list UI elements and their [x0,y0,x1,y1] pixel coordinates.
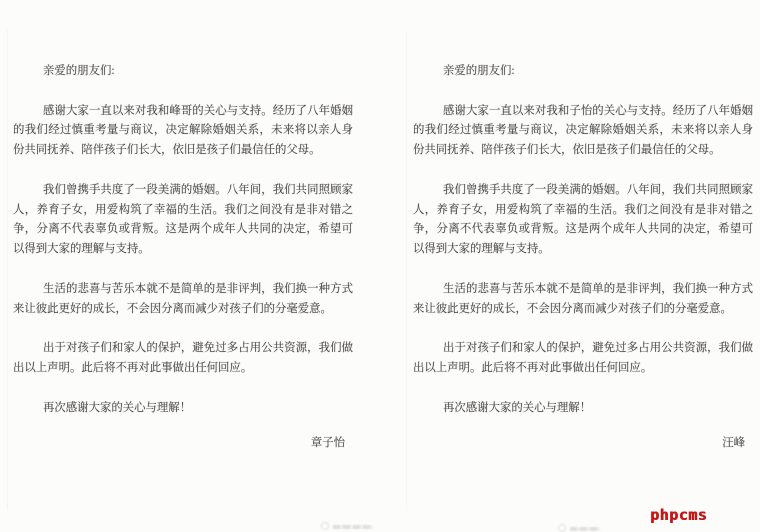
stamp-logo-icon [321,522,329,530]
signature-wang-feng: 汪峰 [413,434,753,454]
phpcms-watermark: phpcms [650,506,707,524]
stamp-text-smudge [333,525,373,529]
faint-weibo-stamp-right [558,523,600,532]
letter-paragraph: 我们曾携手共度了一段美满的婚姻。八年间，我们共同照顾家人，养育子女，用爱构筑了幸… [413,181,753,260]
stamp-logo-icon [558,524,566,532]
letter-paragraph: 生活的悲喜与苦乐本就不是简单的是非评判，我们换一种方式来让彼此更好的成长，不会因… [13,280,353,320]
left-letter-photo-edge [7,30,8,510]
stamp-text-smudge [570,527,600,531]
letter-zhang-ziyi: 亲爱的朋友们: 感谢大家一直以来对我和峰哥的关心与支持。经历了八年婚姻的我们经过… [13,62,353,454]
salutation: 亲爱的朋友们: [413,62,753,82]
signature-zhang-ziyi: 章子怡 [13,434,353,454]
divorce-statements-image: 亲爱的朋友们: 感谢大家一直以来对我和峰哥的关心与支持。经历了八年婚姻的我们经过… [0,0,760,532]
letter-paragraph: 感谢大家一直以来对我和子怡的关心与支持。经历了八年婚姻的我们经过慎重考量与商议，… [413,102,753,161]
letter-wang-feng: 亲爱的朋友们: 感谢大家一直以来对我和子怡的关心与支持。经历了八年婚姻的我们经过… [413,62,753,454]
letter-closing: 再次感谢大家的关心与理解！ [13,399,353,419]
faint-weibo-stamp-left [321,521,373,532]
letter-paragraph: 感谢大家一直以来对我和峰哥的关心与支持。经历了八年婚姻的我们经过慎重考量与商议，… [13,102,353,161]
letter-paragraph: 出于对孩子们和家人的保护，避免过多占用公共资源，我们做出以上声明。此后将不再对此… [413,339,753,379]
letter-paragraph: 出于对孩子们和家人的保护，避免过多占用公共资源，我们做出以上声明。此后将不再对此… [13,339,353,379]
salutation: 亲爱的朋友们: [13,62,353,82]
letter-paragraph: 我们曾携手共度了一段美满的婚姻。八年间，我们共同照顾家人，养育子女，用爱构筑了幸… [13,181,353,260]
letter-paragraph: 生活的悲喜与苦乐本就不是简单的是非评判，我们换一种方式来让彼此更好的成长，不会因… [413,280,753,320]
right-letter-photo-edge [406,30,407,510]
letter-closing: 再次感谢大家的关心与理解！ [413,399,753,419]
